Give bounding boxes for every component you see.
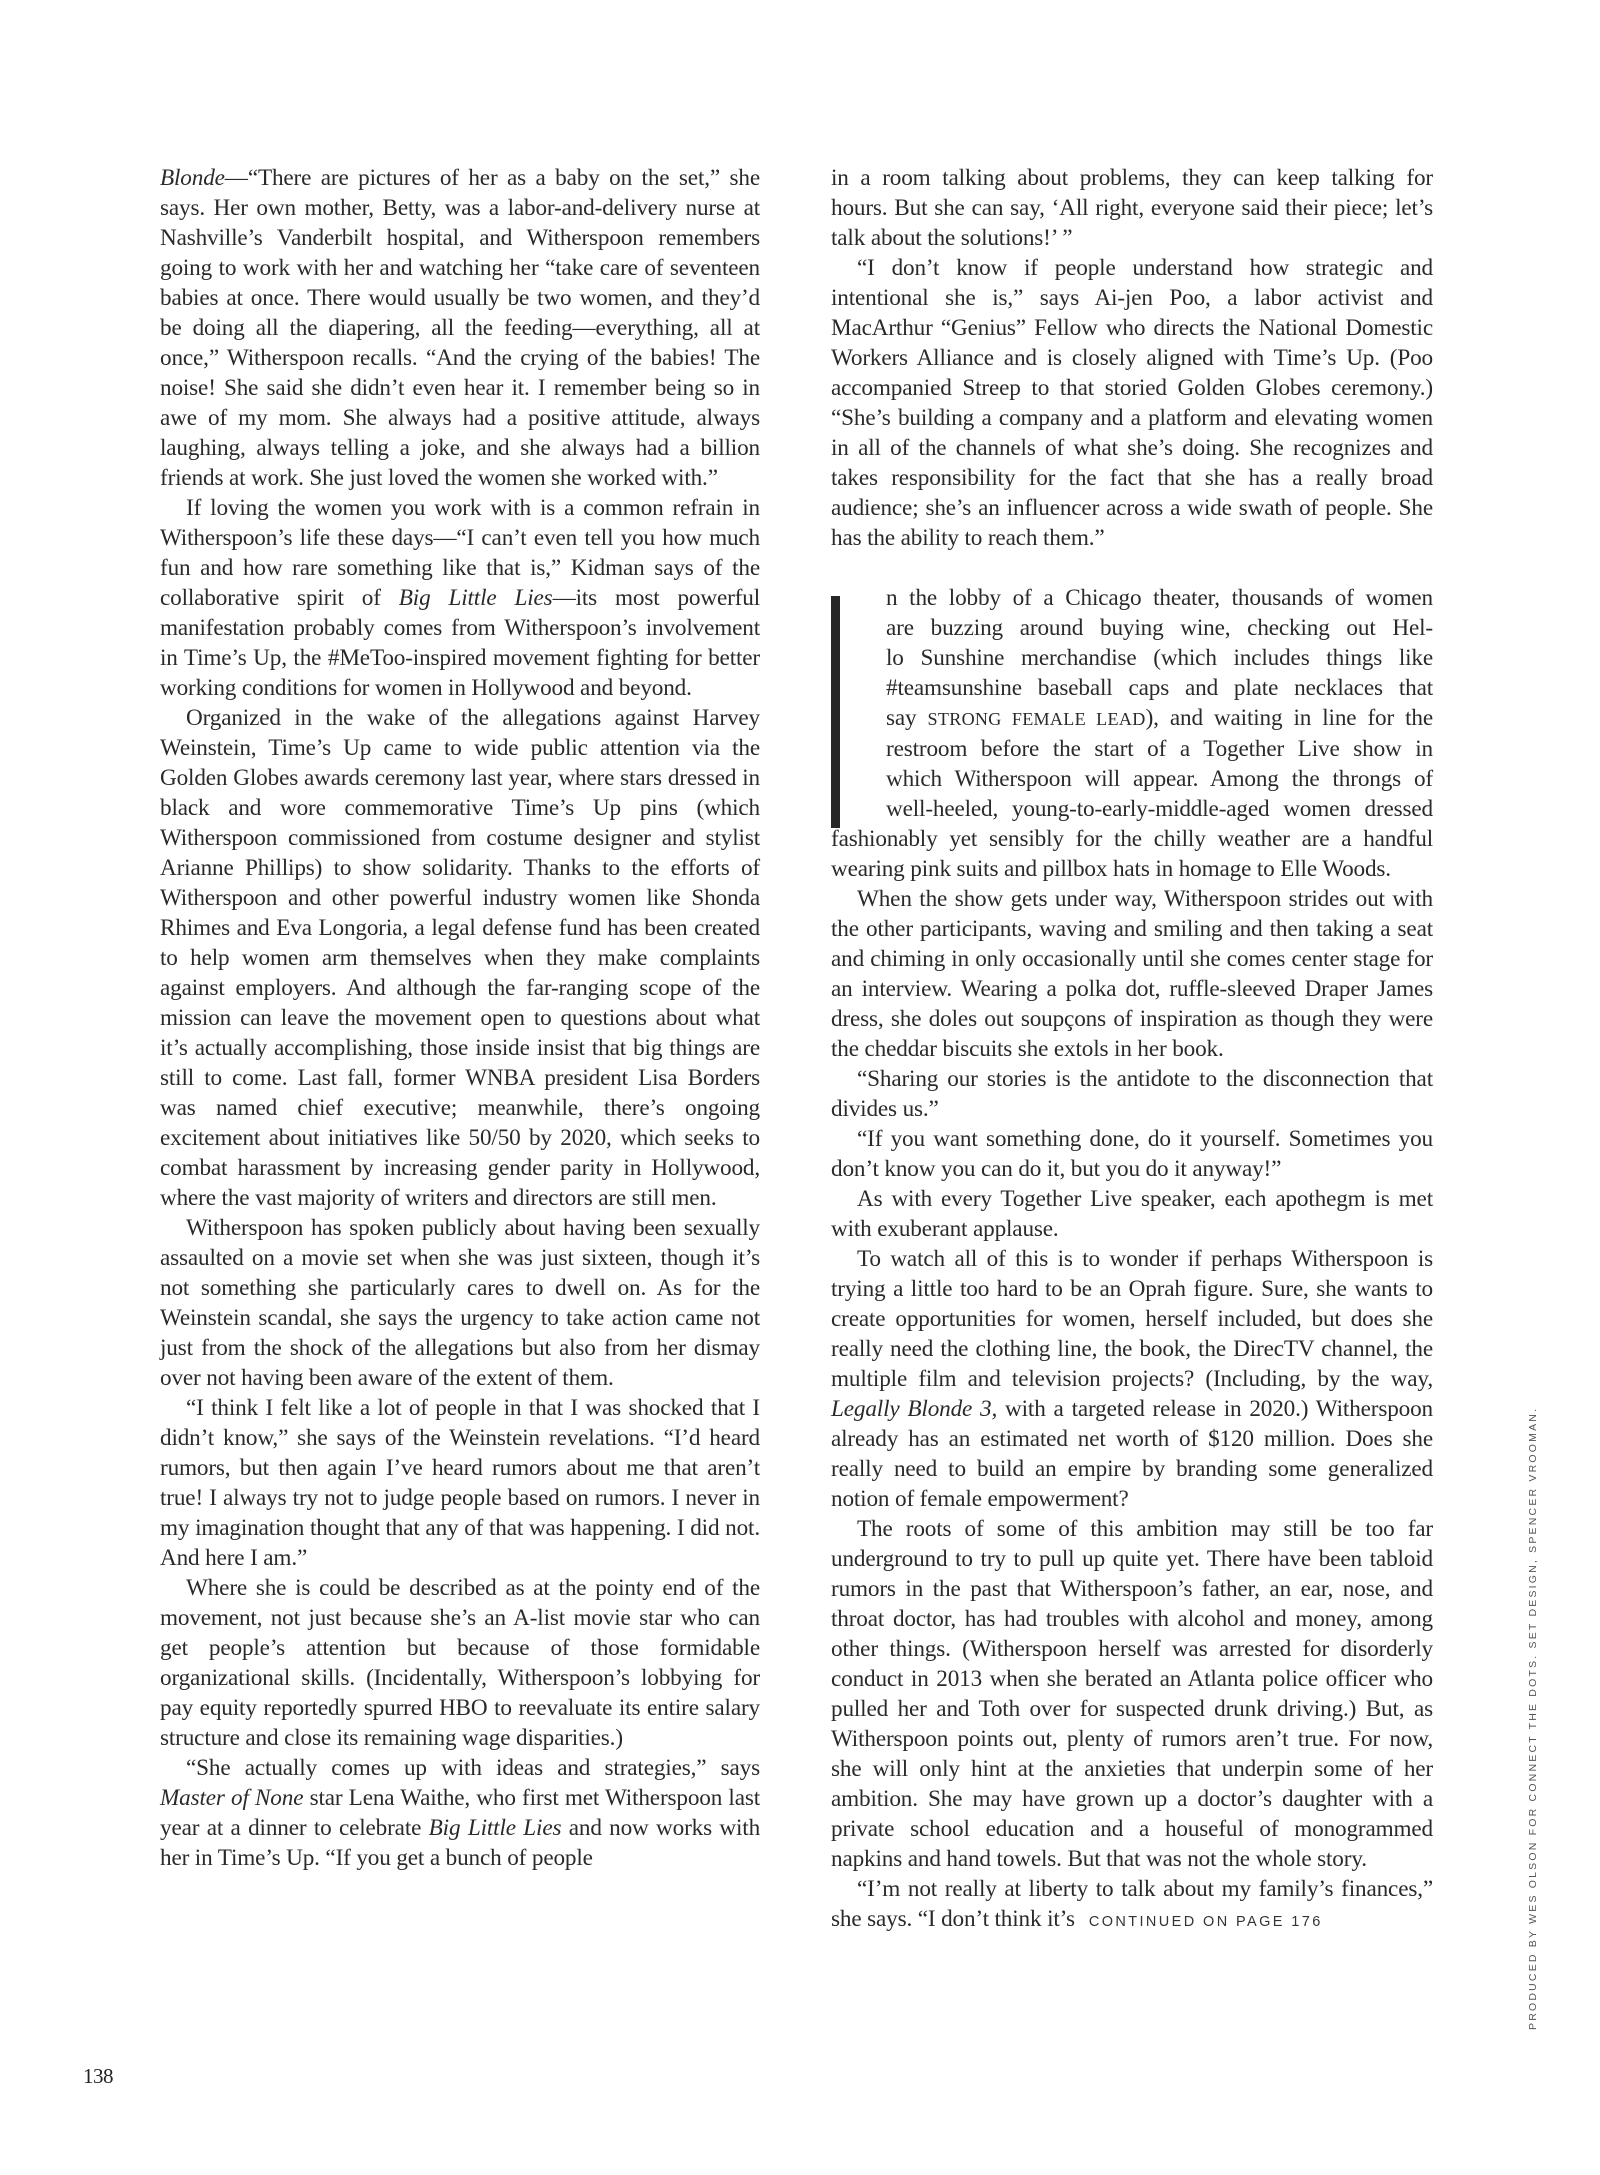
dropcap-paragraph: n the lobby of a Chicago theater, thousa… <box>831 583 1433 884</box>
text-run: “I think I felt like a lot of people in … <box>160 1395 760 1571</box>
italic-title: Legally Blonde 3, <box>831 1396 997 1422</box>
left-paragraph: “She actually comes up with ideas and st… <box>160 1753 760 1873</box>
left-paragraph: Organized in the wake of the allegations… <box>160 703 760 1213</box>
right-paragraph: in a room talking about problems, they c… <box>831 163 1433 253</box>
left-paragraph: If loving the women you work with is a c… <box>160 493 760 703</box>
left-column: Blonde—“There are pictures of her as a b… <box>160 163 760 1873</box>
text-run: “I don’t know if people understand how s… <box>831 255 1433 551</box>
left-paragraph: “I think I felt like a lot of people in … <box>160 1393 760 1573</box>
right-paragraph: As with every Together Live speaker, eac… <box>831 1184 1433 1244</box>
dropcap-indented-line: are buzzing around buying wine, checking… <box>831 613 1433 643</box>
text-run: Witherspoon has spoken publicly about ha… <box>160 1215 760 1391</box>
right-column-body-paragraphs: When the show gets under way, Witherspoo… <box>831 884 1433 1937</box>
dropcap-indented-line: say STRONG FEMALE LEAD), and waiting in … <box>831 703 1433 734</box>
left-paragraph: Blonde—“There are pictures of her as a b… <box>160 163 760 493</box>
right-paragraph: “I’m not really at liberty to talk about… <box>831 1874 1433 1937</box>
dropcap-indented-line: restroom before the start of a Together … <box>831 734 1433 764</box>
dropcap-indented-line: #teamsunshine baseball caps and plate ne… <box>831 673 1433 703</box>
right-column-opening-paragraphs: in a room talking about problems, they c… <box>831 163 1433 553</box>
dropcap-indented-line: which Witherspoon will appear. Among the… <box>831 764 1433 794</box>
right-column: in a room talking about problems, they c… <box>831 163 1433 1937</box>
text-run: To watch all of this is to wonder if per… <box>831 1246 1433 1392</box>
italic-title: Master of None <box>160 1785 303 1811</box>
text-run: When the show gets under way, Witherspoo… <box>831 886 1433 1062</box>
dropcap-letter-i <box>831 596 840 828</box>
text-run: “If you want something done, do it yours… <box>831 1126 1433 1182</box>
text-run: Organized in the wake of the allegations… <box>160 705 760 1211</box>
text-run: “She actually comes up with ideas and st… <box>186 1755 760 1781</box>
text-run: “Sharing our stories is the antidote to … <box>831 1066 1433 1122</box>
right-paragraph: To watch all of this is to wonder if per… <box>831 1244 1433 1514</box>
left-paragraph: Witherspoon has spoken publicly about ha… <box>160 1213 760 1393</box>
right-paragraph: The roots of some of this ambition may s… <box>831 1514 1433 1874</box>
right-paragraph: “Sharing our stories is the antidote to … <box>831 1064 1433 1124</box>
section-break-dropcap-block: n the lobby of a Chicago theater, thousa… <box>831 583 1433 884</box>
dropcap-indented-line: lo Sunshine merchandise (which includes … <box>831 643 1433 673</box>
continued-on-page-link[interactable]: CONTINUED ON PAGE 176 <box>1089 1914 1323 1930</box>
dropcap-continuation: fashionably yet sensibly for the chilly … <box>831 826 1433 882</box>
photo-credit-vertical: PRODUCED BY WES OLSON FOR CONNECT THE DO… <box>1527 1407 1539 2030</box>
italic-title: Big Little Lies <box>429 1815 562 1841</box>
dropcap-indented-line: well-heeled, young-to-early-middle-aged … <box>831 794 1433 824</box>
right-paragraph: When the show gets under way, Witherspoo… <box>831 884 1433 1064</box>
right-paragraph: “If you want something done, do it yours… <box>831 1124 1433 1184</box>
text-run: —“There are pictures of her as a baby on… <box>160 165 760 491</box>
text-run: The roots of some of this ambition may s… <box>831 1516 1433 1872</box>
page-number: 138 <box>83 2064 113 2089</box>
dropcap-indented-line: n the lobby of a Chicago theater, thousa… <box>831 583 1433 613</box>
left-paragraph: Where she is could be described as at th… <box>160 1573 760 1753</box>
right-paragraph: “I don’t know if people understand how s… <box>831 253 1433 553</box>
italic-title: Big Little Lies <box>399 585 553 611</box>
text-run: in a room talking about problems, they c… <box>831 165 1433 251</box>
text-run: Where she is could be described as at th… <box>160 1575 760 1751</box>
small-caps-text: STRONG FEMALE LEAD <box>928 709 1146 729</box>
italic-title: Blonde <box>160 165 225 191</box>
text-run: As with every Together Live speaker, eac… <box>831 1186 1433 1242</box>
